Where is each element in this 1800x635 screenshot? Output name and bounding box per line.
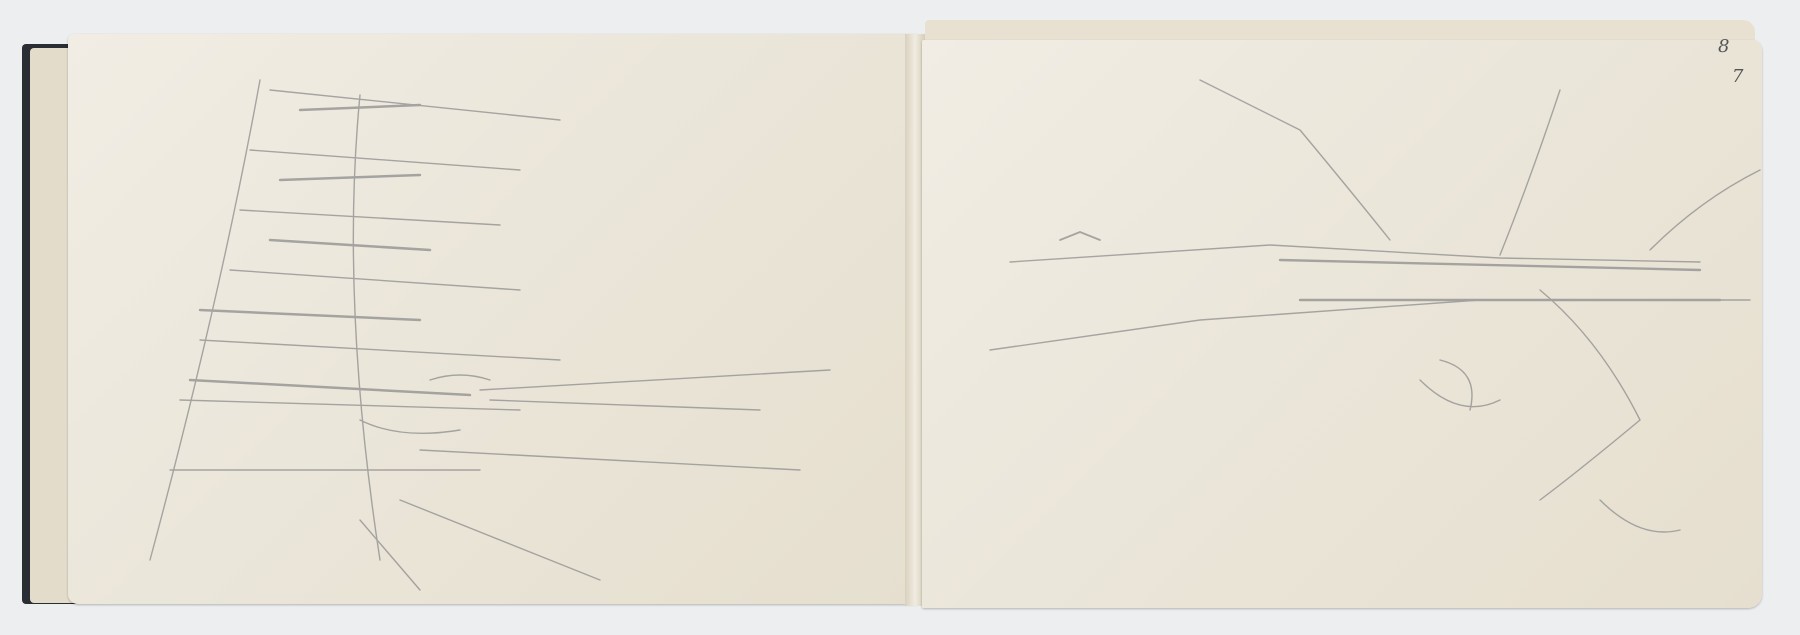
pencil-sketches bbox=[0, 0, 1800, 635]
right-page-tree-sketch bbox=[990, 80, 1760, 532]
left-page-tree-sketch bbox=[150, 80, 830, 590]
